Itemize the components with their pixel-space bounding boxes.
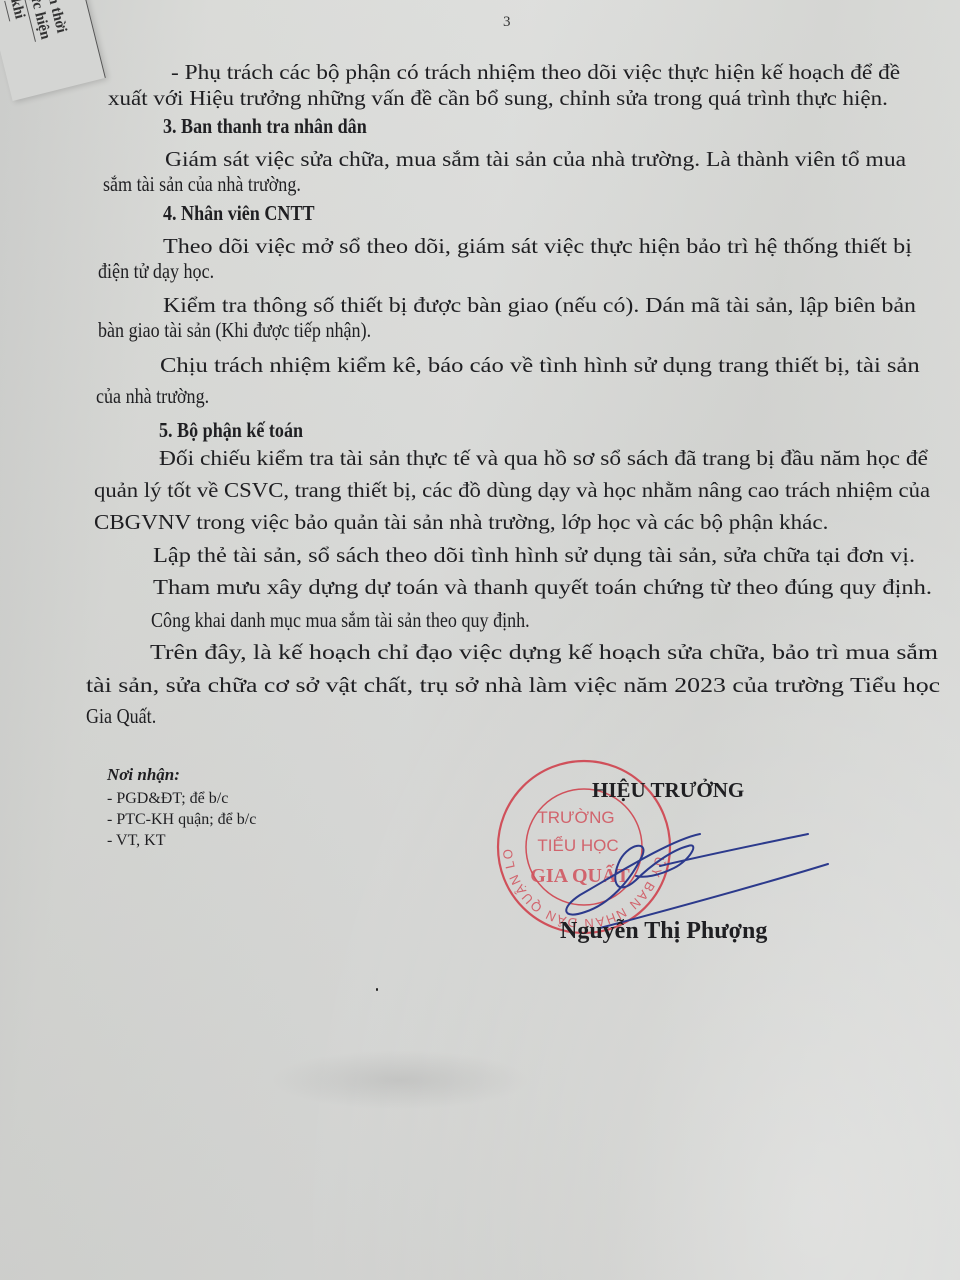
section-heading: 3. Ban thanh tra nhân dân bbox=[163, 116, 367, 137]
body-text-line: quản lý tốt về CSVC, trang thiết bị, các… bbox=[94, 480, 930, 501]
handwritten-signature bbox=[540, 820, 840, 930]
body-text-line: Theo dõi việc mở sổ theo dõi, giám sát v… bbox=[163, 236, 912, 257]
body-text-line: của nhà trường. bbox=[96, 386, 209, 407]
body-text-line: bàn giao tài sản (Khi được tiếp nhận). bbox=[98, 320, 371, 341]
body-text-line: Giám sát việc sửa chữa, mua sắm tài sản … bbox=[165, 149, 906, 170]
section-heading: 4. Nhân viên CNTT bbox=[163, 203, 315, 224]
recipient-item: - PTC-KH quận; để b/c bbox=[107, 809, 256, 830]
body-text-line: Đối chiếu kiểm tra tài sản thực tế và qu… bbox=[159, 448, 928, 469]
recipients-block: Nơi nhận: - PGD&ĐT; để b/c - PTC-KH quận… bbox=[107, 765, 256, 851]
body-text-line: xuất với Hiệu trưởng những vấn đề cần bổ… bbox=[108, 88, 888, 109]
recipient-item: - VT, KT bbox=[107, 830, 256, 851]
body-text-line: điện tử dạy học. bbox=[98, 261, 214, 282]
recipient-item: - PGD&ĐT; để b/c bbox=[107, 788, 256, 809]
show-through-smudge bbox=[270, 1050, 530, 1110]
page-number: 3 bbox=[503, 14, 511, 31]
signer-title: HIỆU TRƯỞNG bbox=[592, 778, 744, 803]
body-text-line: tài sản, sửa chữa cơ sở vật chất, trụ sở… bbox=[86, 675, 940, 696]
signer-name: Nguyễn Thị Phượng bbox=[560, 918, 767, 945]
speck bbox=[376, 988, 378, 991]
body-text-line: sắm tài sản của nhà trường. bbox=[103, 174, 301, 195]
body-text-line: Tham mưu xây dựng dự toán và thanh quyết… bbox=[153, 577, 932, 598]
body-text-line: Chịu trách nhiệm kiểm kê, báo cáo về tìn… bbox=[160, 355, 920, 376]
body-text-line: Lập thẻ tài sản, sổ sách theo dõi tình h… bbox=[153, 545, 915, 566]
body-text-line: CBGVNV trong việc bảo quản tài sản nhà t… bbox=[94, 512, 828, 533]
section-heading: 5. Bộ phận kế toán bbox=[159, 420, 303, 441]
recipients-title: Nơi nhận: bbox=[107, 765, 256, 785]
body-text-line: Gia Quất. bbox=[86, 706, 156, 727]
folded-corner-page: ên thời ực hiện khi bbox=[0, 0, 106, 101]
body-text-line: Công khai danh mục mua sắm tài sản theo … bbox=[151, 610, 530, 631]
body-text-line: Trên đây, là kế hoạch chỉ đạo việc dựng … bbox=[150, 642, 938, 663]
body-text-line: Kiểm tra thông số thiết bị được bàn giao… bbox=[163, 295, 916, 316]
body-text-line: - Phụ trách các bộ phận có trách nhiệm t… bbox=[171, 62, 900, 83]
corner-text-3: khi bbox=[4, 0, 27, 21]
